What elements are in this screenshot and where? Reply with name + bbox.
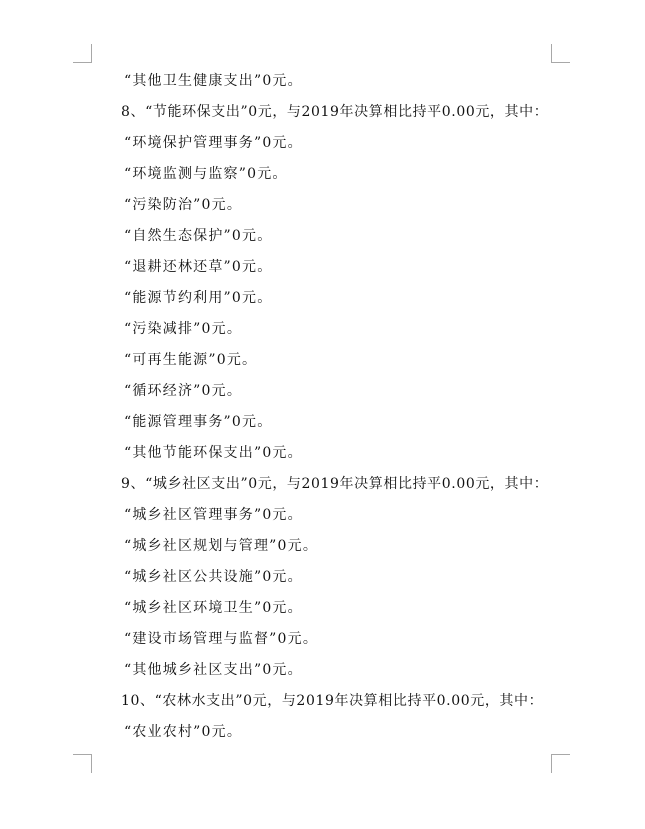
paragraph-line: “城乡社区管理事务”0元。 xyxy=(124,504,303,526)
paragraph-line: “建设市场管理与监督”0元。 xyxy=(124,628,318,650)
paragraph-line: “环境监测与监察”0元。 xyxy=(124,163,288,185)
paragraph-line: “自然生态保护”0元。 xyxy=(124,225,272,247)
paragraph-line: “其他城乡社区支出”0元。 xyxy=(124,659,303,681)
margin-corner-mark-bottom-left xyxy=(73,754,92,773)
paragraph-line: “可再生能源”0元。 xyxy=(124,349,257,371)
paragraph-line: “能源节约利用”0元。 xyxy=(124,287,272,309)
section-heading-line: 10、“农林水支出”0元，与2019年决算相比持平0.00元，其中： xyxy=(121,690,543,712)
paragraph-line: “循环经济”0元。 xyxy=(124,380,242,402)
paragraph-line: “污染减排”0元。 xyxy=(124,318,242,340)
paragraph-line: “其他卫生健康支出”0元。 xyxy=(124,70,303,92)
margin-corner-mark-bottom-right xyxy=(551,754,570,773)
paragraph-line: “环境保护管理事务”0元。 xyxy=(124,132,303,154)
document-page: “其他卫生健康支出”0元。 8、“节能环保支出”0元，与2019年决算相比持平0… xyxy=(0,0,645,829)
paragraph-line: “退耕还林还草”0元。 xyxy=(124,256,272,278)
section-heading-line: 8、“节能环保支出”0元，与2019年决算相比持平0.00元，其中： xyxy=(121,101,548,123)
paragraph-line: “农业农村”0元。 xyxy=(124,721,242,743)
paragraph-line: “城乡社区公共设施”0元。 xyxy=(124,566,303,588)
margin-corner-mark-top-right xyxy=(551,44,570,63)
paragraph-line: “城乡社区环境卫生”0元。 xyxy=(124,597,303,619)
paragraph-line: “污染防治”0元。 xyxy=(124,194,242,216)
section-heading-line: 9、“城乡社区支出”0元，与2019年决算相比持平0.00元，其中： xyxy=(121,473,548,495)
paragraph-line: “能源管理事务”0元。 xyxy=(124,411,272,433)
paragraph-line: “其他节能环保支出”0元。 xyxy=(124,442,303,464)
margin-corner-mark-top-left xyxy=(73,44,92,63)
paragraph-line: “城乡社区规划与管理”0元。 xyxy=(124,535,318,557)
